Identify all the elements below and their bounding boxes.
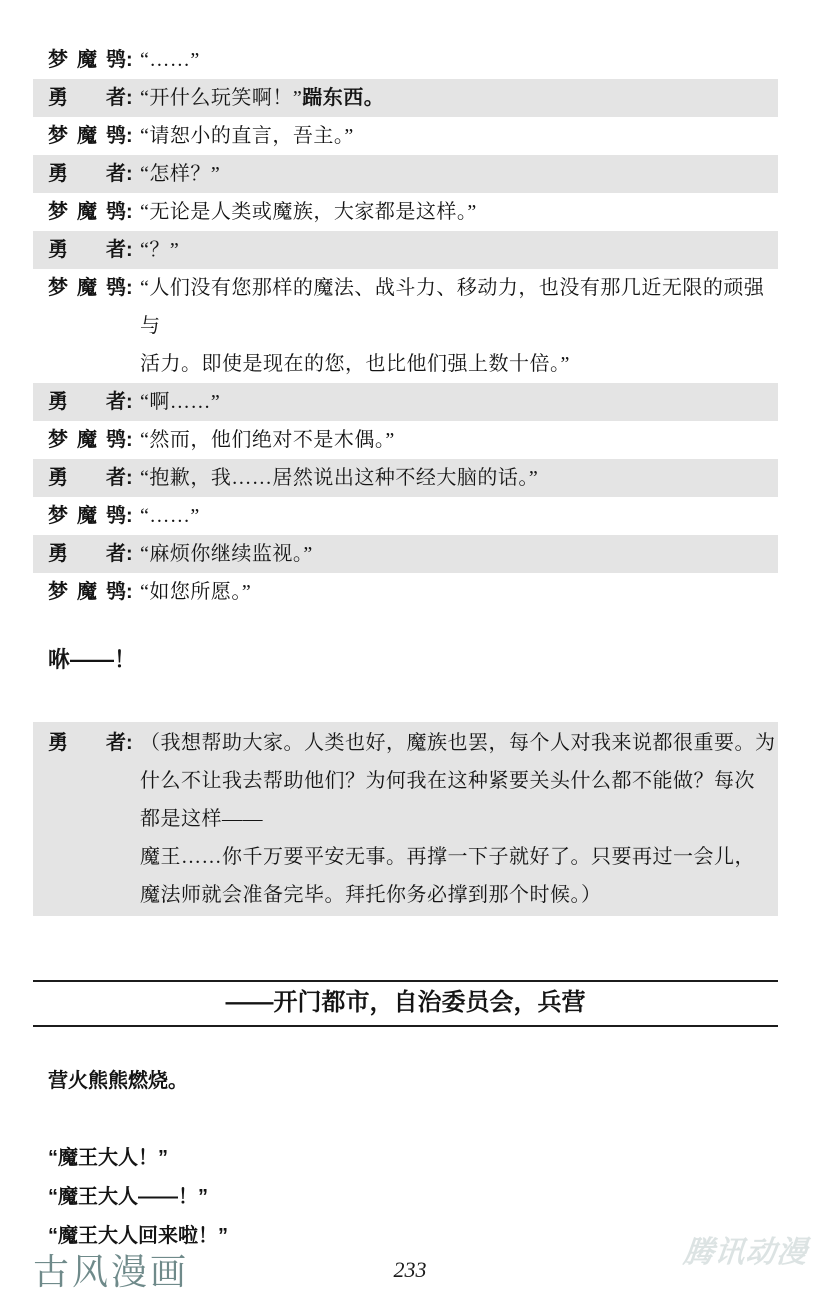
- speaker-colon: :: [126, 231, 133, 269]
- dialogue-text: “……”: [140, 41, 778, 79]
- speaker-name: 梦魔鸮: [48, 41, 126, 79]
- speaker-colon: :: [126, 117, 133, 155]
- speaker-name: 梦魔鸮: [48, 497, 126, 535]
- action-text: 踹东西。: [302, 87, 384, 109]
- speaker-label: 梦魔鸮:: [48, 41, 140, 79]
- dialogue-row: 勇者:“啊……”: [33, 383, 778, 421]
- sfx-line: 咻——！: [48, 645, 778, 675]
- dialogue-row: 梦魔鸮:“……”: [33, 41, 778, 79]
- speaker-label: 勇者:: [48, 535, 140, 573]
- speaker-name: 勇者: [48, 231, 126, 269]
- speaker-name: 梦魔鸮: [48, 421, 126, 459]
- speaker-colon: :: [126, 573, 133, 611]
- speaker-label: 梦魔鸮:: [48, 497, 140, 535]
- speaker-name: 勇者: [48, 79, 126, 117]
- dialogue-text: “啊……”: [140, 383, 778, 421]
- speaker-name: 勇者: [48, 459, 126, 497]
- speaker-colon: :: [126, 41, 133, 79]
- speaker-name: 梦魔鸮: [48, 193, 126, 231]
- dialogue-text: “？”: [140, 231, 778, 269]
- dialogue-row: 梦魔鸮:“人们没有您那样的魔法、战斗力、移动力，也没有那几近无限的顽强与活力。即…: [33, 269, 778, 383]
- dialogue-row: 梦魔鸮:“如您所愿。”: [33, 573, 778, 611]
- speaker-name: 梦魔鸮: [48, 269, 126, 307]
- speaker-label: 勇者:: [48, 459, 140, 497]
- speaker-label: 梦魔鸮:: [48, 421, 140, 459]
- speaker-label: 勇者:: [48, 79, 140, 117]
- dialogue-row: 勇者:“抱歉，我……居然说出这种不经大脑的话。”: [33, 459, 778, 497]
- dialogue-text: “无论是人类或魔族，大家都是这样。”: [140, 193, 778, 231]
- dialogue-list: 梦魔鸮:“……”勇者:“开什么玩笑啊！”踹东西。梦魔鸮:“请恕小的直言，吾主。”…: [33, 41, 778, 611]
- section-header: ——开门都市，自治委员会，兵营: [33, 980, 778, 1027]
- speaker-colon: :: [126, 421, 133, 459]
- dialogue-text: “抱歉，我……居然说出这种不经大脑的话。”: [140, 459, 778, 497]
- dialogue-text: “……”: [140, 497, 778, 535]
- speaker-colon: :: [126, 383, 133, 421]
- shout-line: “魔王大人！”: [48, 1139, 778, 1178]
- dialogue-row: 梦魔鸮:“然而，他们绝对不是木偶。”: [33, 421, 778, 459]
- dialogue-text: “怎样？”: [140, 155, 778, 193]
- speaker-name: 勇者: [48, 724, 126, 762]
- dialogue-text: “请恕小的直言，吾主。”: [140, 117, 778, 155]
- speaker-label: 勇者:: [48, 383, 140, 421]
- dialogue-row: 梦魔鸮:“无论是人类或魔族，大家都是这样。”: [33, 193, 778, 231]
- page-content: 梦魔鸮:“……”勇者:“开什么玩笑啊！”踹东西。梦魔鸮:“请恕小的直言，吾主。”…: [0, 0, 820, 1256]
- dialogue-text: “人们没有您那样的魔法、战斗力、移动力，也没有那几近无限的顽强与活力。即使是现在…: [140, 269, 778, 383]
- speaker-label: 勇者:: [48, 724, 140, 762]
- dialogue-row: 勇者:“麻烦你继续监视。”: [33, 535, 778, 573]
- speaker-label: 勇者:: [48, 231, 140, 269]
- speaker-name: 勇者: [48, 535, 126, 573]
- speaker-colon: :: [126, 459, 133, 497]
- monologue-text: （我想帮助大家。人类也好，魔族也罢，每个人对我来说都很重要。为什么不让我去帮助他…: [140, 724, 778, 914]
- dialogue-row: 梦魔鸮:“请恕小的直言，吾主。”: [33, 117, 778, 155]
- dialogue-text: “然而，他们绝对不是木偶。”: [140, 421, 778, 459]
- speaker-name: 勇者: [48, 155, 126, 193]
- dialogue-row: 梦魔鸮:“……”: [33, 497, 778, 535]
- speaker-name: 梦魔鸮: [48, 117, 126, 155]
- speaker-name: 勇者: [48, 383, 126, 421]
- speaker-label: 梦魔鸮:: [48, 193, 140, 231]
- monologue-row: 勇者:（我想帮助大家。人类也好，魔族也罢，每个人对我来说都很重要。为什么不让我去…: [33, 722, 778, 916]
- narration-line: 营火熊熊燃烧。: [48, 1067, 778, 1095]
- document-page: 梦魔鸮:“……”勇者:“开什么玩笑啊！”踹东西。梦魔鸮:“请恕小的直言，吾主。”…: [0, 0, 820, 1291]
- speaker-label: 梦魔鸮:: [48, 117, 140, 155]
- dialogue-text: “如您所愿。”: [140, 573, 778, 611]
- shout-line: “魔王大人——！”: [48, 1178, 778, 1217]
- speaker-colon: :: [126, 269, 133, 307]
- dialogue-row: 勇者:“？”: [33, 231, 778, 269]
- dialogue-row: 勇者:“开什么玩笑啊！”踹东西。: [33, 79, 778, 117]
- shout-lines: “魔王大人！” “魔王大人——！” “魔王大人回来啦！”: [48, 1139, 778, 1256]
- speaker-colon: :: [126, 155, 133, 193]
- dialogue-row: 勇者:“怎样？”: [33, 155, 778, 193]
- speaker-label: 勇者:: [48, 155, 140, 193]
- dialogue-text: “开什么玩笑啊！”踹东西。: [140, 79, 778, 117]
- speaker-colon: :: [126, 193, 133, 231]
- speaker-name: 梦魔鸮: [48, 573, 126, 611]
- tencent-comics-logo: 腾讯动漫: [682, 1227, 811, 1271]
- speaker-label: 梦魔鸮:: [48, 269, 140, 307]
- speaker-colon: :: [126, 724, 133, 762]
- speaker-colon: :: [126, 497, 133, 535]
- dialogue-text: “麻烦你继续监视。”: [140, 535, 778, 573]
- speaker-label: 梦魔鸮:: [48, 573, 140, 611]
- speaker-colon: :: [126, 535, 133, 573]
- speaker-colon: :: [126, 79, 133, 117]
